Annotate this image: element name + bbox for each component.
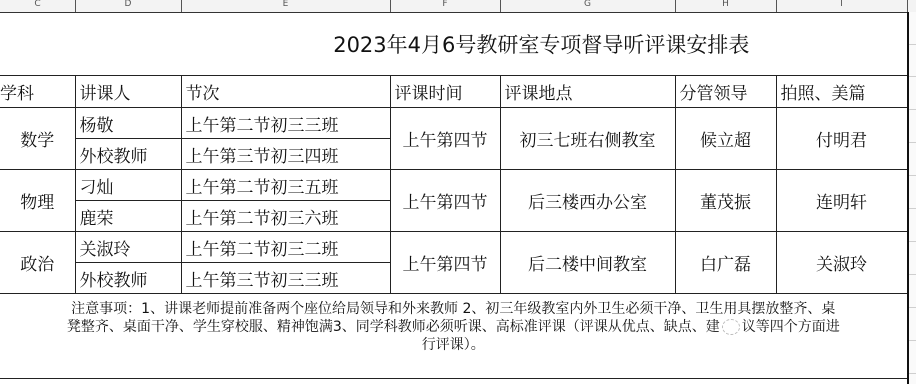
- header-photo[interactable]: 拍照、美篇: [776, 76, 907, 108]
- notes-line-2: 凳整齐、桌面干净、学生穿校服、精神饱满3、同学科教师必须听课、高标准评课（评课从…: [6, 318, 901, 336]
- header-review-location[interactable]: 评课地点: [500, 76, 675, 108]
- subject-cell[interactable]: 政治: [0, 232, 75, 294]
- sheet-title[interactable]: 2023年4月6号教研室专项督导听评课安排表: [0, 12, 907, 76]
- period-cell[interactable]: 上午第三节初三四班: [181, 139, 390, 170]
- notes-line-3: 行评课）。: [6, 336, 901, 354]
- teacher-cell[interactable]: 鹿荣: [75, 201, 181, 232]
- notes-line-1: 注意事项：1、讲课老师提前准备两个座位给局领导和外来教师 2、初三年级教室内外卫…: [6, 300, 901, 318]
- notes-line-2b: 议等四个方面进: [742, 319, 840, 335]
- teacher-cell[interactable]: 刁灿: [75, 170, 181, 201]
- leader-cell[interactable]: 候立超: [675, 108, 776, 170]
- column-header-d[interactable]: D: [75, 0, 182, 12]
- review-location-cell[interactable]: 后三楼西办公室: [500, 170, 675, 232]
- notes-cell[interactable]: 注意事项：1、讲课老师提前准备两个座位给局领导和外来教师 2、初三年级教室内外卫…: [0, 294, 907, 379]
- review-time-cell[interactable]: 上午第四节: [390, 170, 500, 232]
- schedule-table: 2023年4月6号教研室专项督导听评课安排表 学科 讲课人 节次 评课时间 评课…: [0, 12, 908, 379]
- header-teacher[interactable]: 讲课人: [75, 76, 181, 108]
- header-subject[interactable]: 学科: [0, 76, 75, 108]
- column-header-h[interactable]: H: [675, 0, 777, 12]
- review-location-cell[interactable]: 后二楼中间教室: [500, 232, 675, 294]
- table-row: 政治 关淑玲 上午第二节初三二班 上午第四节 后二楼中间教室 白广磊 关淑玲: [0, 232, 907, 263]
- column-header-i[interactable]: I: [776, 0, 908, 12]
- table-row: 数学 杨敬 上午第二节初三三班 上午第四节 初三七班右侧教室 候立超 付明君: [0, 108, 907, 139]
- subject-cell[interactable]: 物理: [0, 170, 75, 232]
- teacher-cell[interactable]: 外校教师: [75, 263, 181, 294]
- column-header-g[interactable]: G: [500, 0, 676, 12]
- adjacent-column-strip: [907, 12, 916, 384]
- period-cell[interactable]: 上午第二节初三五班: [181, 170, 390, 201]
- table-row: 物理 刁灿 上午第二节初三五班 上午第四节 后三楼西办公室 董茂振 连明轩: [0, 170, 907, 201]
- photo-cell[interactable]: 付明君: [776, 108, 907, 170]
- notes-line-2a: 凳整齐、桌面干净、学生穿校服、精神饱满3、同学科教师必须听课、高标准评课（评课从…: [67, 319, 720, 335]
- period-cell[interactable]: 上午第二节初三二班: [181, 232, 390, 263]
- spreadsheet-grid: 2023年4月6号教研室专项督导听评课安排表 学科 讲课人 节次 评课时间 评课…: [0, 12, 907, 379]
- watermark-chat-icon: [722, 319, 740, 335]
- period-cell[interactable]: 上午第二节初三三班: [181, 108, 390, 139]
- subject-cell[interactable]: 数学: [0, 108, 75, 170]
- header-leader[interactable]: 分管领导: [675, 76, 776, 108]
- photo-cell[interactable]: 关淑玲: [776, 232, 907, 294]
- header-row: 学科 讲课人 节次 评课时间 评课地点 分管领导 拍照、美篇: [0, 76, 907, 108]
- review-time-cell[interactable]: 上午第四节: [390, 108, 500, 170]
- header-review-time[interactable]: 评课时间: [390, 76, 500, 108]
- period-cell[interactable]: 上午第三节初三三班: [181, 263, 390, 294]
- review-location-cell[interactable]: 初三七班右侧教室: [500, 108, 675, 170]
- column-header-f[interactable]: F: [390, 0, 501, 12]
- header-period[interactable]: 节次: [181, 76, 390, 108]
- column-header-e[interactable]: E: [181, 0, 391, 12]
- column-header-c[interactable]: C: [0, 0, 76, 12]
- teacher-cell[interactable]: 外校教师: [75, 139, 181, 170]
- period-cell[interactable]: 上午第二节初三六班: [181, 201, 390, 232]
- teacher-cell[interactable]: 杨敬: [75, 108, 181, 139]
- leader-cell[interactable]: 董茂振: [675, 170, 776, 232]
- leader-cell[interactable]: 白广磊: [675, 232, 776, 294]
- review-time-cell[interactable]: 上午第四节: [390, 232, 500, 294]
- photo-cell[interactable]: 连明轩: [776, 170, 907, 232]
- teacher-cell[interactable]: 关淑玲: [75, 232, 181, 263]
